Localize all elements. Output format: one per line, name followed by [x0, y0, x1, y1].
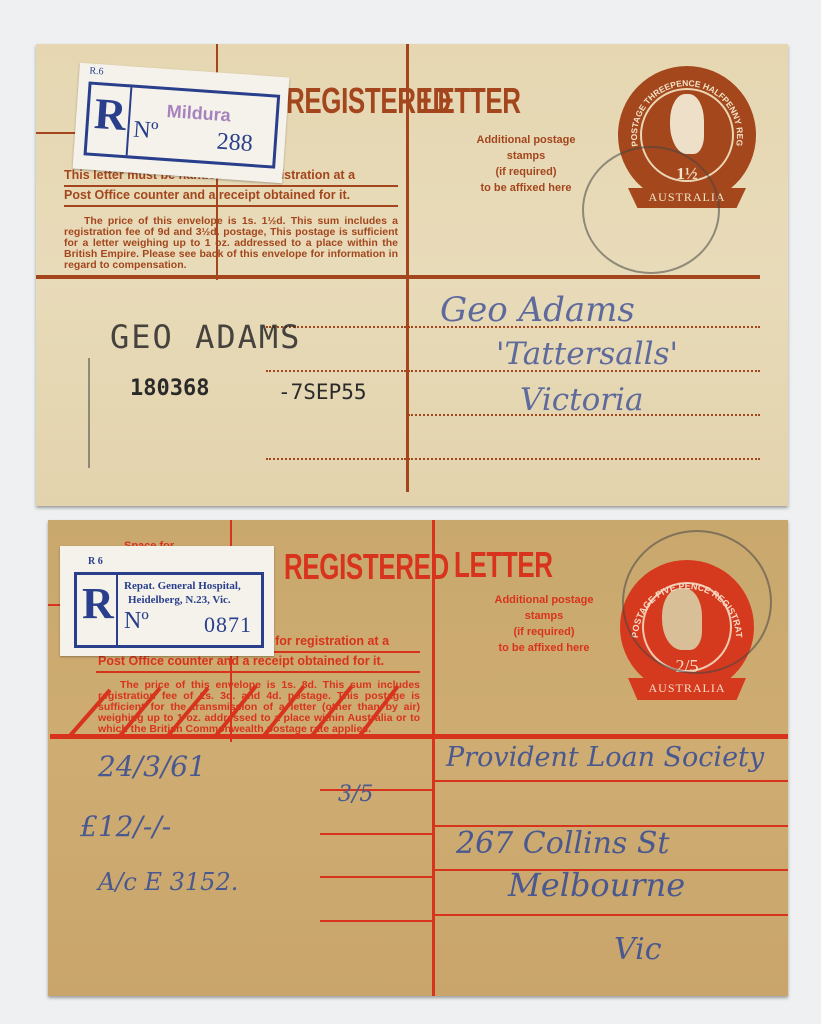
- horizontal-divider-line: [36, 275, 760, 279]
- account-note: A/c E 3152.: [98, 868, 238, 896]
- amount-note: £12/-/-: [80, 810, 171, 843]
- address-line-1: Geo Adams: [440, 290, 635, 330]
- postage-note-line: (if required): [484, 624, 604, 640]
- svg-text:POSTAGE THREEPENCE HALFPENNY R: POSTAGE THREEPENCE HALFPENNY REGISTRATIO…: [618, 66, 745, 147]
- registration-label: R 6 R Repat. General Hospital, Heidelber…: [60, 546, 274, 656]
- address-line-2: 267 Collins St: [456, 826, 669, 861]
- address-line: [266, 370, 406, 372]
- center-divider-line: [432, 520, 435, 996]
- underline: [64, 185, 398, 187]
- address-line-2: 'Tattersalls': [496, 336, 678, 372]
- postage-note-line: Additional postage stamps: [456, 132, 596, 164]
- postage-note: Additional postage stamps (if required) …: [456, 132, 596, 196]
- label-divider: [116, 575, 118, 645]
- letter-heading: LETTER: [454, 544, 553, 586]
- sender-name-stamp: GEO ADAMS: [110, 318, 301, 356]
- postage-note-line: stamps: [484, 608, 604, 624]
- date-stamp: -7SEP55: [278, 380, 367, 404]
- address-line: [408, 458, 760, 460]
- instruction-line-2: Post Office counter and a receipt obtain…: [98, 654, 384, 668]
- ruled-line: [320, 789, 432, 791]
- date-note: 24/3/61: [98, 750, 206, 783]
- underline: [96, 671, 420, 673]
- label-no-prefix: Nº: [124, 608, 149, 635]
- underline: [64, 205, 398, 207]
- address-line: [266, 458, 406, 460]
- fee-note: 3/5: [338, 782, 373, 807]
- postmark-circle: [622, 530, 772, 674]
- ruled-line: [434, 914, 788, 916]
- ruled-line: [320, 876, 432, 878]
- instruction-line-2: Post Office counter and a receipt obtain…: [64, 188, 350, 202]
- sender-number-stamp: 180368: [130, 376, 209, 401]
- ruled-line: [320, 833, 432, 835]
- label-number: 0871: [204, 612, 252, 638]
- registered-heading: REGISTERED: [284, 546, 449, 588]
- address-line-3: Victoria: [520, 382, 643, 418]
- postmark-circle: [582, 146, 720, 274]
- letter-heading: LETTER: [422, 80, 521, 122]
- price-text: The price of this envelope is 1s. 1½d. T…: [64, 216, 398, 271]
- postage-note-line: to be affixed here: [456, 180, 596, 196]
- registration-label: R.6 R Nº Mildura 288: [73, 63, 290, 183]
- postage-note-line: to be affixed here: [484, 640, 604, 656]
- diagonal-strike-lines: [48, 680, 432, 740]
- ruled-line: [434, 780, 788, 782]
- stamp-frame-line: [88, 358, 90, 468]
- label-r-letter: R: [82, 578, 114, 629]
- label-no-prefix: Nº: [132, 117, 159, 146]
- address-line-3: Melbourne: [508, 866, 685, 904]
- registered-envelope-1961: Space for REGISTERED LETTER This letter …: [48, 520, 788, 996]
- label-office-line-2: Heidelberg, N.23, Vic.: [128, 594, 231, 606]
- address-line-1: Provident Loan Society: [446, 742, 764, 773]
- address-line-4: Vic: [614, 932, 662, 967]
- postage-note-line: (if required): [456, 164, 596, 180]
- postage-note: Additional postage stamps (if required) …: [484, 592, 604, 656]
- office-rubber-stamp: Mildura: [166, 101, 231, 126]
- postage-note-line: Additional postage: [484, 592, 604, 608]
- label-form-code: R 6: [88, 556, 103, 567]
- label-r-letter: R: [93, 88, 128, 141]
- label-office-line-1: Repat. General Hospital,: [124, 580, 241, 592]
- stamp-country: AUSTRALIA: [628, 681, 746, 696]
- registered-envelope-1955: REGISTERED LETTER This letter must be ha…: [36, 44, 788, 506]
- ruled-line: [320, 920, 432, 922]
- label-number: 288: [216, 129, 254, 158]
- label-form-code: R.6: [89, 65, 104, 77]
